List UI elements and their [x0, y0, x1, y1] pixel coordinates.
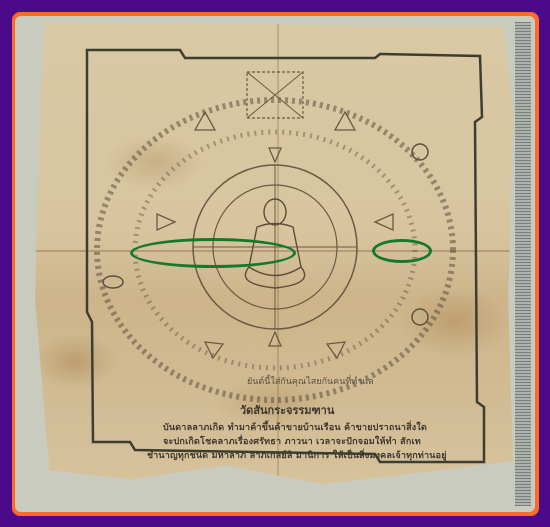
photograph: ยันต์นี้ใส่กันคุณไสยกันคนที่ทำแล วัดสันก… — [15, 16, 535, 512]
highlight-oval-right — [372, 239, 432, 263]
text-line-1: บันดาลลาภเกิด ทำมาค้าขึ้นค้าขายบ้านเรือน… — [163, 420, 427, 434]
highlight-oval-left — [130, 238, 296, 268]
caption-arc-text: ยันต์นี้ใส่กันคุณไสยกันคนที่ทำแล — [247, 374, 374, 388]
orange-photo-frame: ยันต์นี้ใส่กันคุณไสยกันคนที่ทำแล วัดสันก… — [12, 12, 539, 516]
text-line-2: จะปกเกิดโชคลาภเรื่องศรัทธา ภาวนา เวลาจะป… — [163, 434, 421, 448]
text-line-3: ชำนาญทุกชนิด มหาลาภ ลาภเกลย์ลิ มานิการ ใ… — [147, 448, 447, 462]
temple-title: วัดสันกระจรรมฑาน — [240, 401, 334, 419]
measuring-ruler — [515, 22, 531, 506]
